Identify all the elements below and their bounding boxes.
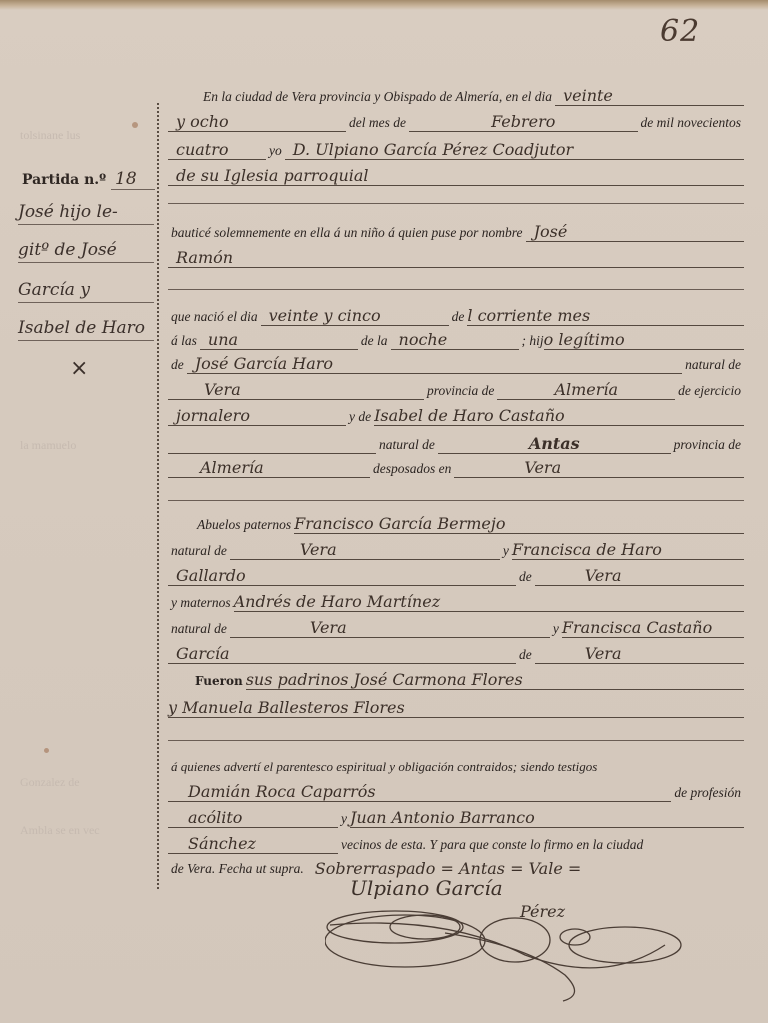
margin-note-line: García y [18,278,154,303]
record-line-6: bauticé solemnemente en ella á un niño á… [168,220,744,242]
handwritten-field: y ocho [168,113,346,132]
blank-rule [168,500,744,501]
printed-text: Fueron [192,672,246,690]
mother-name: Isabel de Haro Castaño [374,407,565,425]
cross-mark: × [70,356,88,381]
maternal-grandmother-line: García de Vera [168,642,744,664]
father-occupation: jornalero [176,407,250,425]
handwritten-field: Vera [168,381,424,400]
printed-text: En la ciudad de Vera provincia y Obispad… [200,88,555,106]
record-line-4: de su Iglesia parroquial [168,164,744,186]
blank-field [168,435,376,454]
printed-text: natural de [682,356,744,374]
record-line-2: y ocho del mes de Febrero de mil novecie… [168,110,744,132]
handwritten-field: l corriente mes [467,307,744,326]
maternal-grandmother: Francisca Castaño [562,619,712,637]
margin-note-line: gitº de José [18,238,154,263]
maternal-grandparents-line: y maternos Andrés de Haro Martínez [168,590,744,612]
handwritten-field: Vera [535,645,744,664]
printed-text: de [516,568,535,586]
page-number: 62 [660,14,700,49]
record-line-9: que nació el dia veinte y cinco de l cor… [168,304,744,326]
printed-text: de la [358,332,391,350]
ink-stain [132,122,138,128]
handwritten-field: Ramón [168,249,744,268]
printed-text: bauticé solemnemente en ella á un niño á… [168,224,526,242]
paternal-grandmother-line: Gallardo de Vera [168,564,744,586]
show-through-text: Ambla se en vec [20,823,100,838]
handwritten-field: sus padrinos José Carmona Flores [246,671,744,690]
record-line-15: Almería desposados en Vera [168,456,744,478]
record-line-13: jornalero y de Isabel de Haro Castaño [168,404,744,426]
mother-province: Almería [200,459,264,477]
printed-text: provincia de [424,382,497,400]
legitimacy-value: o legítimo [544,331,625,349]
blank-rule [168,203,744,204]
printed-text: de [516,646,535,664]
marriage-place: Vera [524,459,561,477]
printed-text: de mil novecientos [638,114,744,132]
printed-text: y maternos [168,594,234,612]
witness-2-name: Juan Antonio Barranco [350,809,535,827]
maternal-grandmother-origin: Vera [585,645,622,663]
handwritten-field: de su Iglesia parroquial [168,167,744,186]
printed-text: de Vera. Fecha ut supra. [168,860,307,878]
printed-text: á las [168,332,200,350]
page-edge [0,0,768,10]
paternal-grandfather: Francisco García Bermejo [294,515,505,533]
handwritten-field: Febrero [409,113,638,132]
handwritten-field: García [168,645,516,664]
godparents-line-1: Fueron sus padrinos José Carmona Flores [168,668,744,690]
show-through-text: la mamuelo [20,438,76,453]
child-name: Ramón [176,249,233,267]
father-origin: Vera [204,381,241,399]
handwritten-field: veinte [555,87,744,106]
document-page: 62 tolsinane lus la mamuelo Gonzalez de … [0,0,768,1023]
priest-name: D. Ulpiano García Pérez Coadjutor [293,141,573,159]
handwritten-field: D. Ulpiano García Pérez Coadjutor [285,141,744,160]
printed-text: y [550,620,562,638]
signature-name: Ulpiano García [350,876,503,900]
handwritten-field: Vera [230,541,500,560]
printed-text: Abuelos paternos [194,516,294,534]
show-through-text: Gonzalez de [20,775,80,790]
handwritten-field: Juan Antonio Barranco [350,809,744,828]
witness-line-3: Sánchez vecinos de esta. Y para que cons… [168,832,744,854]
partida-heading: Partida n.º 18 [22,170,155,188]
paternal-grandparents-line: Abuelos paternos Francisco García Bermej… [168,512,744,534]
paternal-grandmother-origin: Vera [585,567,622,585]
record-line-14: natural de Antas provincia de [168,432,744,454]
printed-text: natural de [376,436,438,454]
partida-label: Partida n.º [22,172,106,188]
printed-text: á quienes advertí el parentesco espiritu… [168,758,600,776]
signature-flourish-icon [325,905,685,1005]
handwritten-field: jornalero [168,407,346,426]
witness-1-name: Damián Roca Caparrós [188,783,376,801]
father-name: José García Haro [195,355,333,373]
birth-day: veinte y cinco [269,307,381,325]
record-line-11: de José García Haro natural de [168,352,744,374]
margin-note-line: José hijo le- [18,200,154,225]
year-value: cuatro [176,141,229,159]
handwritten-field: una [200,331,358,350]
paternal-grandmother-surname: Gallardo [176,567,246,585]
printed-text: vecinos de esta. Y para que conste lo fi… [338,836,646,854]
birth-time: noche [399,331,448,349]
record-line-1: En la ciudad de Vera provincia y Obispad… [168,84,744,106]
record-line-12: Vera provincia de Almería de ejercicio [168,378,744,400]
ink-stain [44,748,49,753]
margin-note-line: Isabel de Haro [18,316,154,341]
day-value: veinte [563,87,613,105]
record-line-7: Ramón [168,246,744,268]
witness-1-occupation: acólito [188,809,242,827]
handwritten-field: Francisco García Bermejo [294,515,744,534]
printed-text: y [500,542,512,560]
paternal-grandfather-origin: Vera [300,541,337,559]
handwritten-field: o legítimo [544,331,744,350]
handwritten-field: acólito [168,809,338,828]
printed-text: de ejercicio [675,382,744,400]
handwritten-field: Vera [230,619,550,638]
godparents-line-2: y Manuela Ballesteros Flores [168,696,744,718]
blank-rule [168,740,744,741]
church-value: de su Iglesia parroquial [176,167,369,185]
maternal-origin-line: natural de Vera y Francisca Castaño [168,616,744,638]
handwritten-field: Francisca Castaño [562,619,744,638]
father-province: Almería [554,381,618,399]
printed-text: y de [346,408,374,426]
witness-2-surname: Sánchez [188,835,256,853]
handwritten-field: José [526,223,744,242]
month-value: Febrero [491,113,555,131]
show-through-text: tolsinane lus [20,128,80,143]
handwritten-field: noche [391,331,519,350]
handwritten-field: Damián Roca Caparrós [168,783,671,802]
child-name: José [534,223,568,241]
birth-hour: una [208,331,238,349]
blank-rule [168,289,744,290]
printed-text: de profesión [671,784,744,802]
printed-text: provincia de [671,436,744,454]
witness-line-1: Damián Roca Caparrós de profesión [168,780,744,802]
godfather: sus padrinos José Carmona Flores [246,671,523,689]
paternal-origin-line: natural de Vera y Francisca de Haro [168,538,744,560]
maternal-grandfather-origin: Vera [310,619,347,637]
printed-text: natural de [168,542,230,560]
record-line-3: cuatro yo D. Ulpiano García Pérez Coadju… [168,138,744,160]
mother-origin: Antas [529,435,580,453]
handwritten-field: Vera [535,567,744,586]
birth-month: l corriente mes [467,307,590,325]
printed-text: de [168,356,187,374]
printed-text: ; hij [519,332,544,350]
printed-text: que nació el dia [168,308,261,326]
godmother: y Manuela Ballesteros Flores [168,699,405,717]
partida-number: 18 [111,169,155,190]
handwritten-field: cuatro [168,141,266,160]
handwritten-field: Gallardo [168,567,516,586]
maternal-grandmother-surname: García [176,645,230,663]
closing-line-1: á quienes advertí el parentesco espiritu… [168,754,744,776]
handwritten-field: Francisca de Haro [512,541,744,560]
closing-line-date: de Vera. Fecha ut supra. Sobrerraspado =… [168,856,744,878]
printed-text: y [338,810,350,828]
day-value: y ocho [176,113,229,131]
witness-line-2: acólito y Juan Antonio Barranco [168,806,744,828]
handwritten-field: Antas [438,435,671,454]
handwritten-field: Almería [497,381,675,400]
handwritten-field: Almería [168,459,370,478]
printed-text: natural de [168,620,230,638]
margin-divider [157,103,159,889]
handwritten-field: Vera [454,459,744,478]
printed-text: de [449,308,468,326]
handwritten-field: veinte y cinco [261,307,449,326]
handwritten-field: Sánchez [168,835,338,854]
printed-text: yo [266,142,285,160]
handwritten-field: José García Haro [187,355,682,374]
maternal-grandfather: Andrés de Haro Martínez [234,593,441,611]
handwritten-field: Isabel de Haro Castaño [374,407,744,426]
printed-text: del mes de [346,114,409,132]
handwritten-field: Andrés de Haro Martínez [234,593,744,612]
paternal-grandmother: Francisca de Haro [512,541,662,559]
handwritten-field: y Manuela Ballesteros Flores [168,699,744,718]
record-line-10: á las una de la noche ; hij o legítimo [168,328,744,350]
printed-text: desposados en [370,460,454,478]
